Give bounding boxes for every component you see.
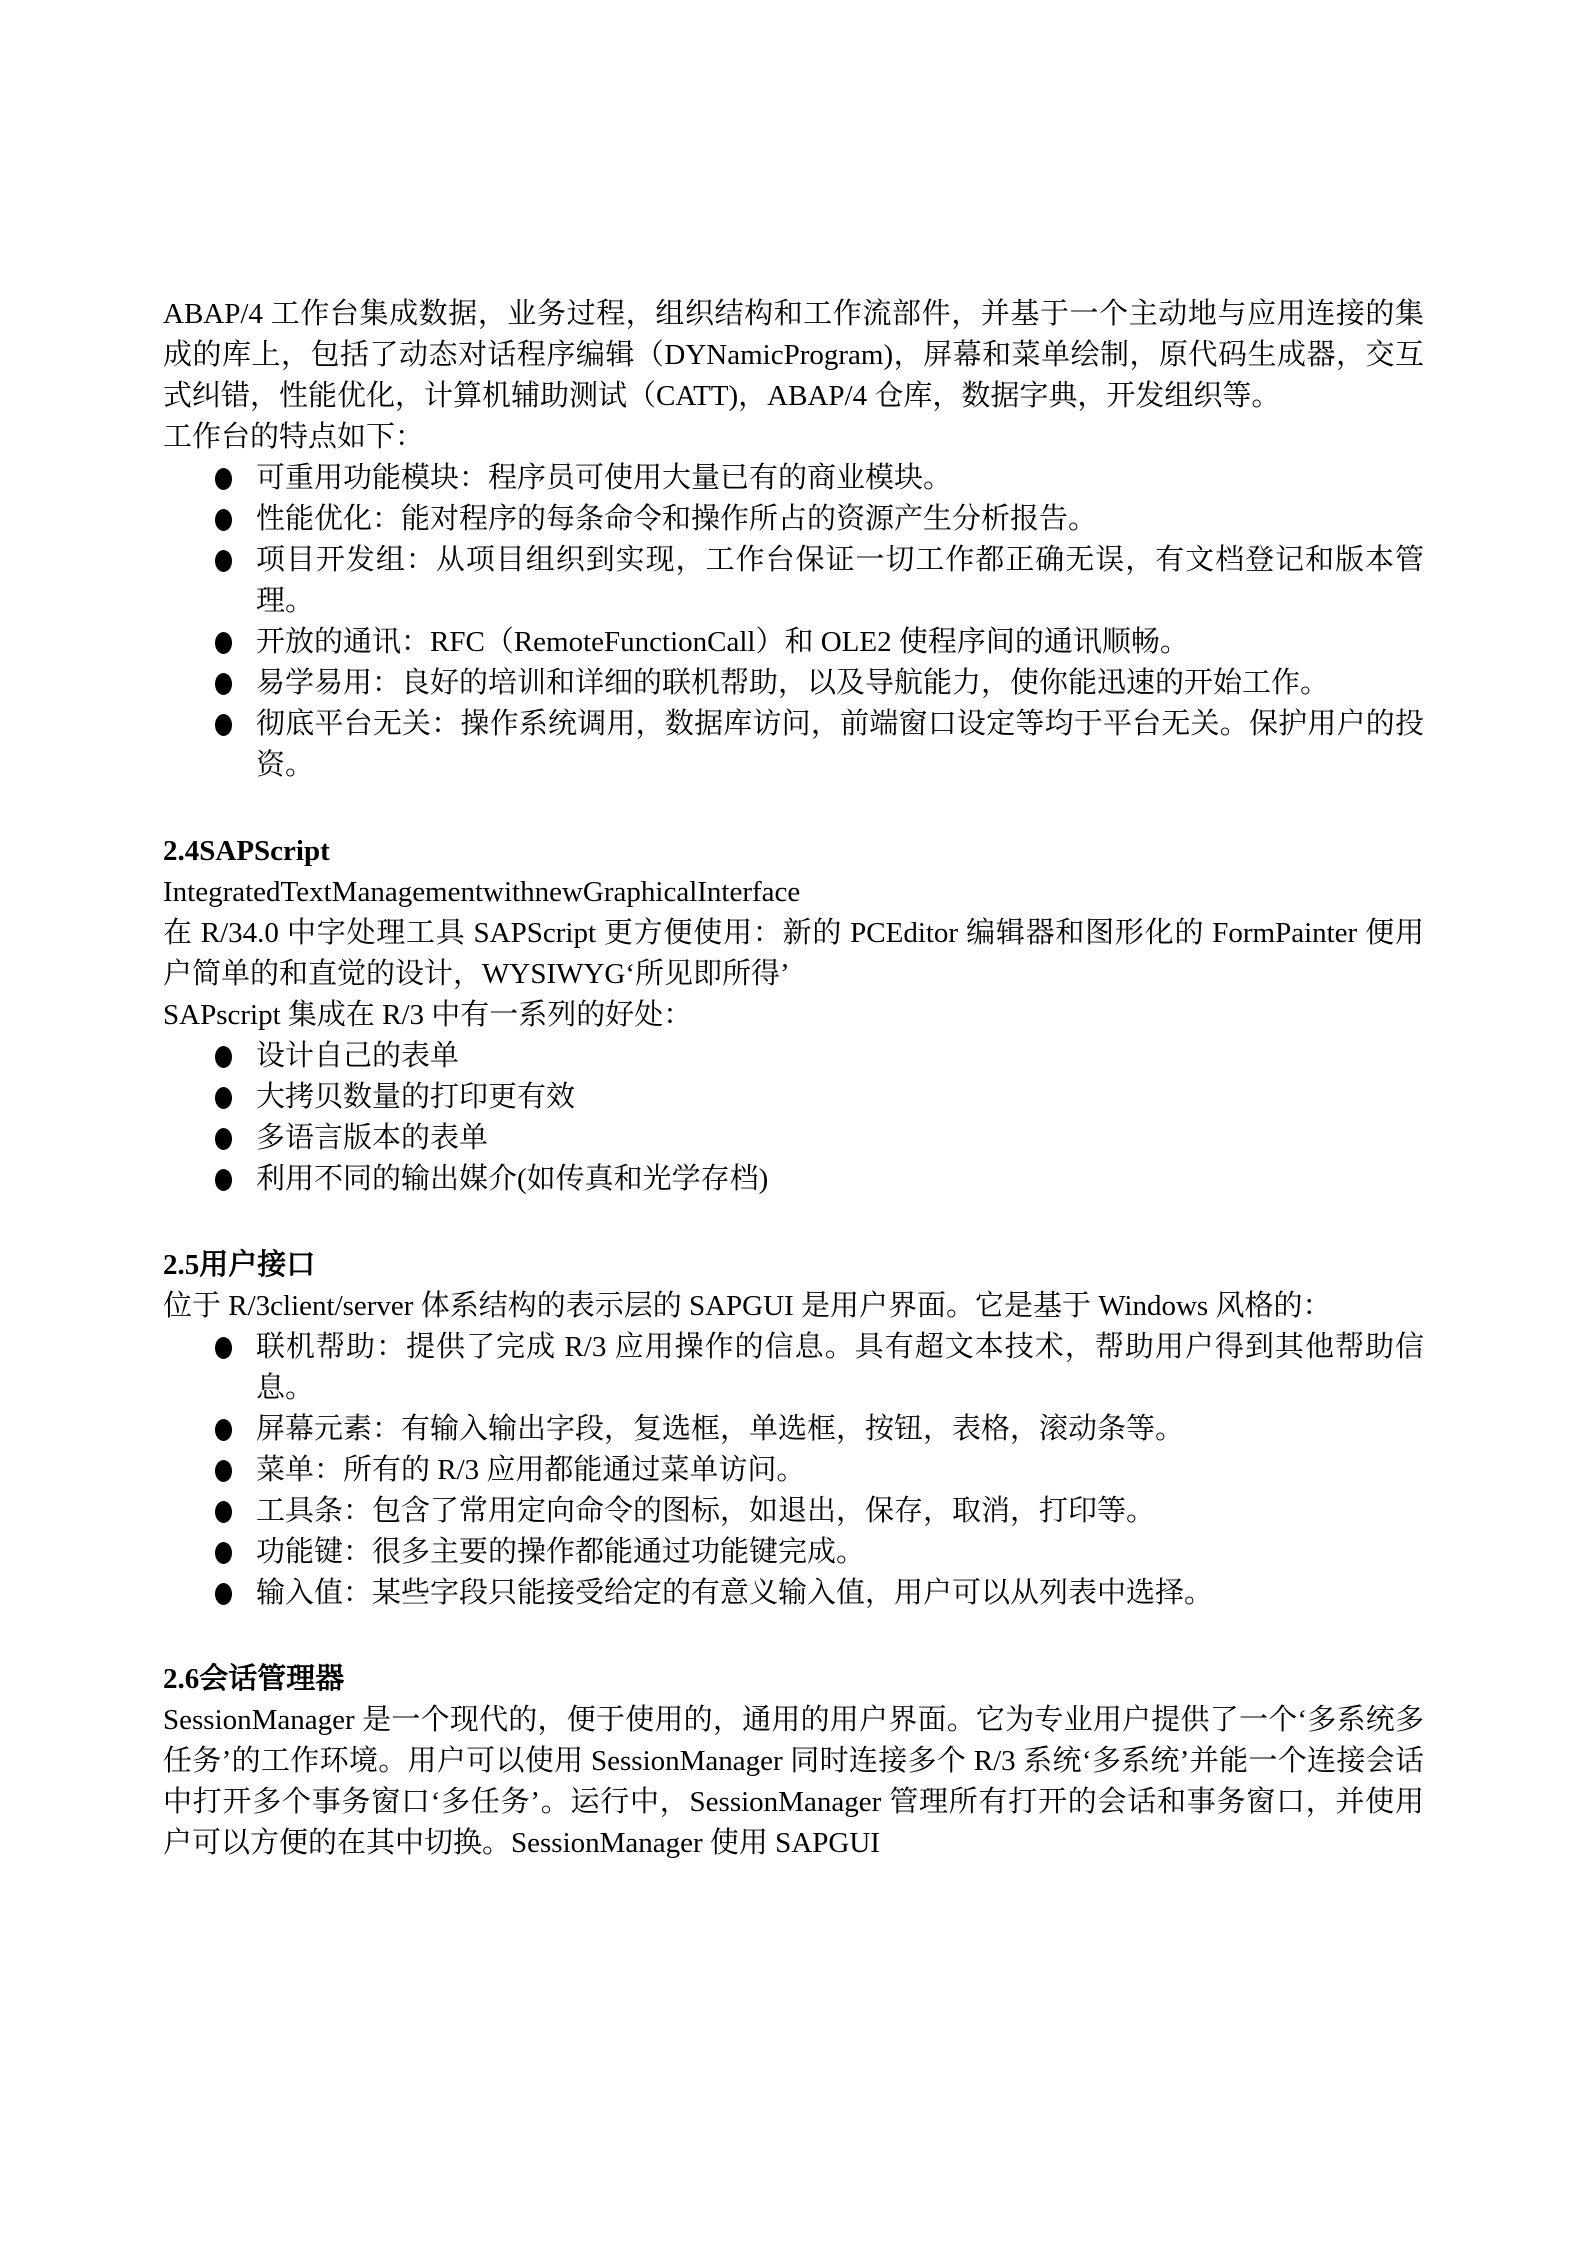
list-item: 可重用功能模块：程序员可使用大量已有的商业模块。 bbox=[163, 458, 1424, 499]
bullet-icon bbox=[215, 1460, 232, 1482]
list-item: 设计自己的表单 bbox=[163, 1036, 1424, 1077]
list-item: 屏幕元素：有输入输出字段，复选框，单选框，按钮，表格，滚动条等。 bbox=[163, 1409, 1424, 1450]
list-item-text: 联机帮助：提供了完成 R/3 应用操作的信息。具有超文本技术，帮助用户得到其他帮… bbox=[256, 1331, 1424, 1404]
bullet-icon bbox=[215, 1128, 232, 1150]
list-item-text: 开放的通讯：RFC（RemoteFunctionCall）和 OLE2 使程序间… bbox=[256, 626, 1189, 658]
document-page: ABAP/4 工作台集成数据，业务过程，组织结构和工作流部件，并基于一个主动地与… bbox=[0, 0, 1587, 2245]
bullet-icon bbox=[215, 1337, 232, 1359]
list-item: 彻底平台无关：操作系统调用，数据库访问，前端窗口设定等均于平台无关。保护用户的投… bbox=[163, 704, 1424, 786]
paragraph-sapscript-subtitle: IntegratedTextManagementwithnewGraphical… bbox=[163, 872, 1424, 913]
list-item-text: 易学易用：良好的培训和详细的联机帮助，以及导航能力，使你能迅速的开始工作。 bbox=[256, 667, 1329, 699]
bullet-icon bbox=[215, 673, 232, 695]
paragraph-workbench-features-intro: 工作台的特点如下： bbox=[163, 417, 1424, 458]
list-item: 功能键：很多主要的操作都能通过功能键完成。 bbox=[163, 1532, 1424, 1573]
list-item: 利用不同的输出媒介(如传真和光学存档) bbox=[163, 1159, 1424, 1200]
list-item: 工具条：包含了常用定向命令的图标，如退出，保存，取消，打印等。 bbox=[163, 1491, 1424, 1532]
paragraph-abap-workbench: ABAP/4 工作台集成数据，业务过程，组织结构和工作流部件，并基于一个主动地与… bbox=[163, 294, 1424, 417]
list-item-text: 功能键：很多主要的操作都能通过功能键完成。 bbox=[256, 1536, 865, 1568]
sapscript-benefits-list: 设计自己的表单 大拷贝数量的打印更有效 多语言版本的表单 利用不同的输出媒介(如… bbox=[163, 1036, 1424, 1200]
list-item: 性能优化：能对程序的每条命令和操作所占的资源产生分析报告。 bbox=[163, 499, 1424, 540]
section-heading-user-interface: 2.5用户接口 bbox=[163, 1245, 1424, 1286]
user-interface-features-list: 联机帮助：提供了完成 R/3 应用操作的信息。具有超文本技术，帮助用户得到其他帮… bbox=[163, 1327, 1424, 1614]
section-heading-sapscript: 2.4SAPScript bbox=[163, 831, 1424, 872]
list-item-text: 性能优化：能对程序的每条命令和操作所占的资源产生分析报告。 bbox=[256, 503, 1097, 535]
workbench-features-list: 可重用功能模块：程序员可使用大量已有的商业模块。 性能优化：能对程序的每条命令和… bbox=[163, 458, 1424, 786]
list-item: 多语言版本的表单 bbox=[163, 1118, 1424, 1159]
bullet-icon bbox=[215, 714, 232, 736]
bullet-icon bbox=[215, 1501, 232, 1523]
bullet-icon bbox=[215, 1046, 232, 1068]
list-item: 菜单：所有的 R/3 应用都能通过菜单访问。 bbox=[163, 1450, 1424, 1491]
bullet-icon bbox=[215, 1169, 232, 1191]
paragraph-sapscript-benefits-intro: SAPscript 集成在 R/3 中有一系列的好处： bbox=[163, 995, 1424, 1036]
list-item-text: 屏幕元素：有输入输出字段，复选框，单选框，按钮，表格，滚动条等。 bbox=[256, 1413, 1184, 1445]
list-item-text: 项目开发组：从项目组织到实现，工作台保证一切工作都正确无误，有文档登记和版本管理… bbox=[256, 544, 1424, 617]
list-item-text: 工具条：包含了常用定向命令的图标，如退出，保存，取消，打印等。 bbox=[256, 1495, 1155, 1527]
list-item: 大拷贝数量的打印更有效 bbox=[163, 1077, 1424, 1118]
list-item: 项目开发组：从项目组织到实现，工作台保证一切工作都正确无误，有文档登记和版本管理… bbox=[163, 540, 1424, 622]
list-item-text: 输入值：某些字段只能接受给定的有意义输入值，用户可以从列表中选择。 bbox=[256, 1577, 1213, 1609]
list-item-text: 可重用功能模块：程序员可使用大量已有的商业模块。 bbox=[256, 462, 952, 494]
bullet-icon bbox=[215, 1583, 232, 1605]
bullet-icon bbox=[215, 1087, 232, 1109]
list-item-text: 大拷贝数量的打印更有效 bbox=[256, 1081, 575, 1113]
list-item-text: 设计自己的表单 bbox=[256, 1040, 459, 1072]
bullet-icon bbox=[215, 468, 232, 490]
list-item: 输入值：某些字段只能接受给定的有意义输入值，用户可以从列表中选择。 bbox=[163, 1573, 1424, 1614]
bullet-icon bbox=[215, 1542, 232, 1564]
list-item: 开放的通讯：RFC（RemoteFunctionCall）和 OLE2 使程序间… bbox=[163, 622, 1424, 663]
list-item-text: 菜单：所有的 R/3 应用都能通过菜单访问。 bbox=[256, 1454, 805, 1486]
bullet-icon bbox=[215, 509, 232, 531]
list-item-text: 彻底平台无关：操作系统调用，数据库访问，前端窗口设定等均于平台无关。保护用户的投… bbox=[256, 708, 1424, 781]
bullet-icon bbox=[215, 550, 232, 572]
section-heading-session-manager: 2.6会话管理器 bbox=[163, 1659, 1424, 1700]
paragraph-sapscript-description: 在 R/34.0 中字处理工具 SAPScript 更方便使用：新的 PCEdi… bbox=[163, 913, 1424, 995]
bullet-icon bbox=[215, 632, 232, 654]
list-item-text: 多语言版本的表单 bbox=[256, 1122, 488, 1154]
list-item-text: 利用不同的输出媒介(如传真和光学存档) bbox=[256, 1163, 768, 1195]
paragraph-session-manager: SessionManager 是一个现代的，便于使用的，通用的用户界面。它为专业… bbox=[163, 1700, 1424, 1864]
document-content: ABAP/4 工作台集成数据，业务过程，组织结构和工作流部件，并基于一个主动地与… bbox=[163, 294, 1424, 1864]
list-item: 易学易用：良好的培训和详细的联机帮助，以及导航能力，使你能迅速的开始工作。 bbox=[163, 663, 1424, 704]
paragraph-sapgui-intro: 位于 R/3client/server 体系结构的表示层的 SAPGUI 是用户… bbox=[163, 1286, 1424, 1327]
bullet-icon bbox=[215, 1419, 232, 1441]
list-item: 联机帮助：提供了完成 R/3 应用操作的信息。具有超文本技术，帮助用户得到其他帮… bbox=[163, 1327, 1424, 1409]
